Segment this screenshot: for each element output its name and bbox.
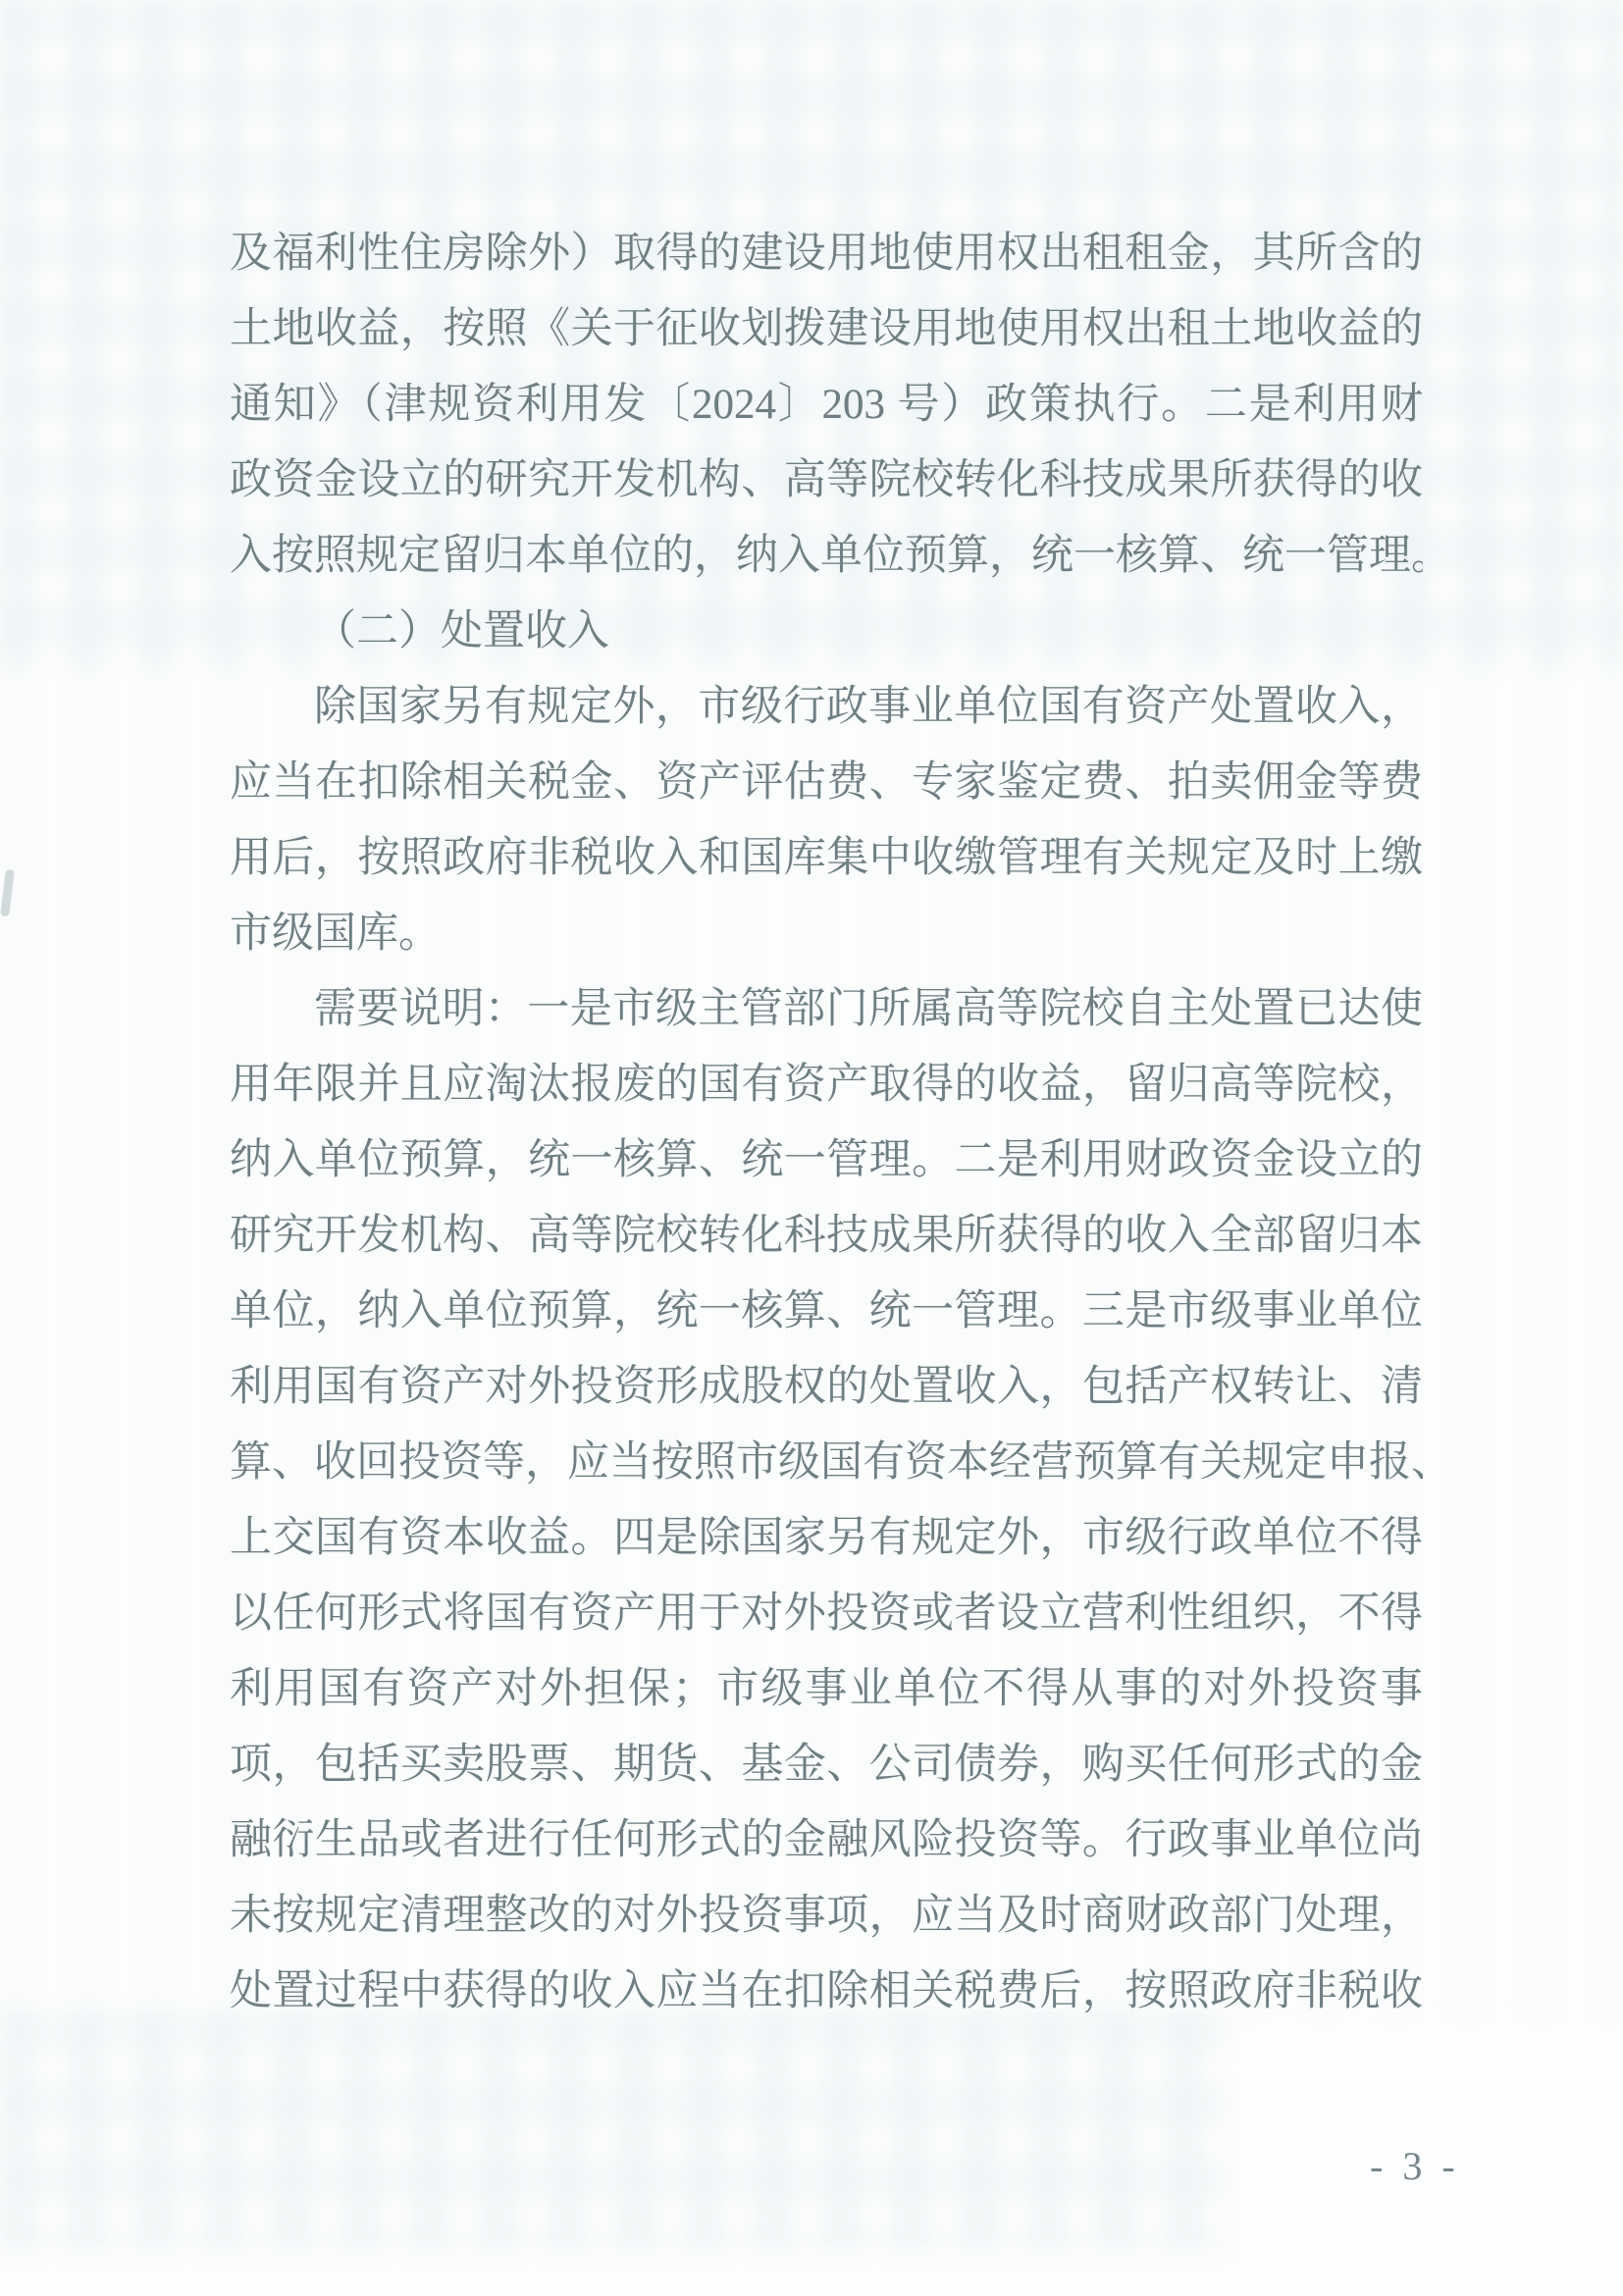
text-line-section-heading: （二）处置收入 — [230, 594, 1423, 669]
text-line: 研究开发机构、高等院校转化科技成果所获得的收入全部留归本 — [230, 1198, 1423, 1274]
text-line: 以任何形式将国有资产用于对外投资或者设立营利性组织，不得 — [230, 1576, 1423, 1651]
text-line: 除国家另有规定外，市级行政事业单位国有资产处置收入， — [230, 669, 1423, 745]
text-line: 通知》（津规资利用发〔2024〕203 号）政策执行。二是利用财 — [230, 367, 1423, 443]
text-line: 应当在扣除相关税金、资产评估费、专家鉴定费、拍卖佣金等费 — [230, 745, 1423, 820]
text-line: 市级国库。 — [230, 896, 1423, 971]
page-number: - 3 - — [1370, 2143, 1460, 2189]
text-line: 需要说明：一是市级主管部门所属高等院校自主处置已达使 — [230, 971, 1423, 1047]
document-body: 及福利性住房除外）取得的建设用地使用权出租租金，其所含的 土地收益，按照《关于征… — [230, 216, 1423, 2029]
text-line: 及福利性住房除外）取得的建设用地使用权出租租金，其所含的 — [230, 216, 1423, 291]
text-line: 纳入单位预算，统一核算、统一管理。二是利用财政资金设立的 — [230, 1122, 1423, 1198]
text-line: 融衍生品或者进行任何形式的金融风险投资等。行政事业单位尚 — [230, 1802, 1423, 1878]
text-line: 用后，按照政府非税收入和国库集中收缴管理有关规定及时上缴 — [230, 820, 1423, 896]
text-line: 上交国有资本收益。四是除国家另有规定外，市级行政单位不得 — [230, 1500, 1423, 1576]
text-line: 单位，纳入单位预算，统一核算、统一管理。三是市级事业单位 — [230, 1274, 1423, 1349]
text-line: 算、收回投资等，应当按照市级国有资本经营预算有关规定申报、 — [230, 1425, 1423, 1500]
bleedthrough-artifact-bottom — [0, 2011, 1227, 2247]
text-line: 项，包括买卖股票、期货、基金、公司债券，购买任何形式的金 — [230, 1727, 1423, 1802]
text-line: 土地收益，按照《关于征收划拨建设用地使用权出租土地收益的 — [230, 291, 1423, 367]
text-line: 利用国有资产对外投资形成股权的处置收入，包括产权转让、清 — [230, 1349, 1423, 1425]
text-line: 用年限并且应淘汰报废的国有资产取得的收益，留归高等院校， — [230, 1047, 1423, 1122]
text-line: 入按照规定留归本单位的，纳入单位预算，统一核算、统一管理。 — [230, 518, 1423, 594]
scanned-document-page: 及福利性住房除外）取得的建设用地使用权出租租金，其所含的 土地收益，按照《关于征… — [0, 0, 1623, 2296]
scan-edge-mark — [0, 869, 15, 917]
text-line: 政资金设立的研究开发机构、高等院校转化科技成果所获得的收 — [230, 443, 1423, 518]
text-line: 未按规定清理整改的对外投资事项，应当及时商财政部门处理， — [230, 1878, 1423, 1954]
text-line: 利用国有资产对外担保；市级事业单位不得从事的对外投资事 — [230, 1651, 1423, 1727]
text-line: 处置过程中获得的收入应当在扣除相关税费后，按照政府非税收 — [230, 1954, 1423, 2029]
